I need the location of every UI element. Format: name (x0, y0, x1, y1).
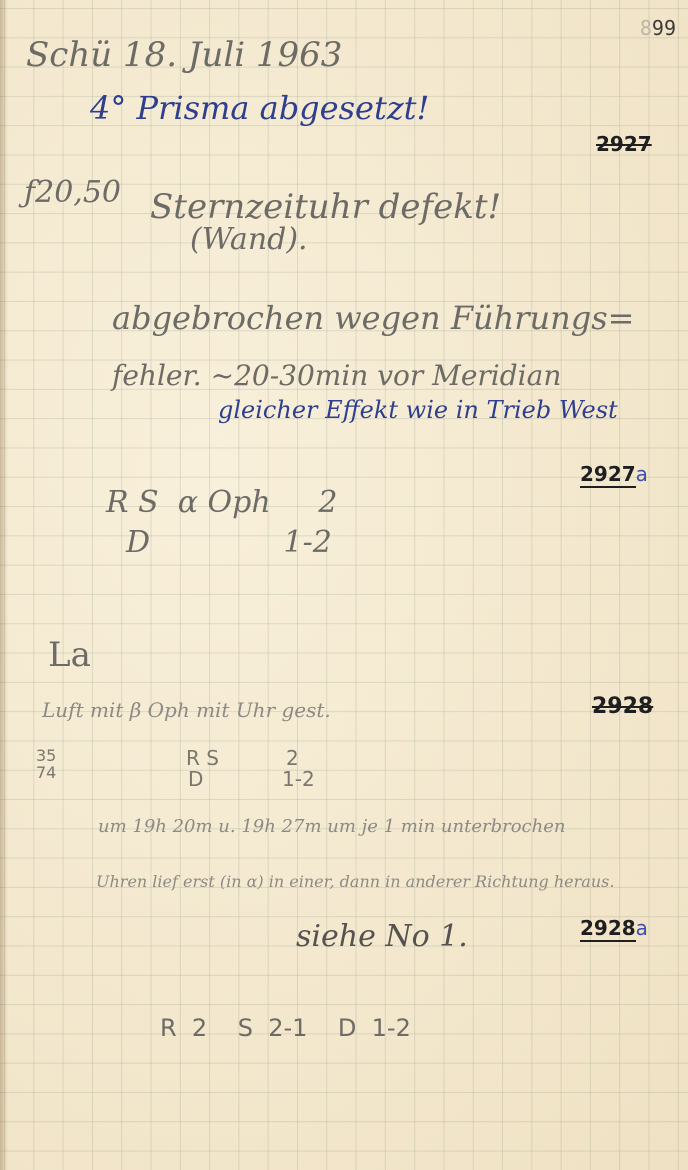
rs-label: R S (186, 748, 219, 769)
ink-note: gleicher Effekt wie in Trieb West (218, 398, 618, 422)
observation-number-2928-struck: 2928 (592, 696, 653, 718)
see-note: siehe No 1. (296, 922, 468, 952)
entry-date-heading: Schü 18. Juli 1963 (26, 38, 342, 72)
entry-line-4: fehler. ~20-30min vor Meridian (112, 362, 561, 390)
observation-number-2927a: 2927a (580, 464, 648, 484)
page-number: 99 (652, 16, 676, 40)
observation-number-2928a: 2928a (580, 918, 648, 938)
entry-line-1: Sternzeituhr defekt! (150, 190, 501, 224)
rs-d-values: 2 1-2 (282, 748, 315, 790)
observation-number-struck: 2927 (596, 134, 652, 154)
entry-subheading: 4° Prisma abgesetzt! (90, 92, 429, 124)
entry-line-3: abgebrochen wegen Führungs= (112, 302, 634, 334)
entry-2-line-3: Uhren lief erst (in α) in einer, dann in… (96, 874, 614, 890)
page-number-ghost: 8 (640, 16, 652, 40)
entry-2-line-2: um 19h 20m u. 19h 27m um je 1 min unterb… (98, 818, 565, 836)
result-line-1: R S α Oph 2 (106, 488, 337, 518)
cost-note: ƒ20,50 (24, 178, 121, 208)
result-line-2: D 1-2 (126, 528, 332, 558)
observation-number: 2928 (580, 916, 636, 942)
observation-number: 2927 (580, 462, 636, 488)
side-numbers: 35 74 (36, 748, 56, 782)
final-ratings: R 2 S 2-1 D 1-2 (160, 1016, 411, 1040)
entry-2-line-1: Luft mit β Oph mit Uhr gest. (42, 700, 331, 720)
entry-line-2: (Wand). (190, 225, 308, 255)
d-label: D (186, 769, 219, 790)
entry-2-label: La (48, 638, 91, 672)
observation-suffix: a (636, 462, 648, 486)
side-number: 74 (36, 765, 56, 782)
page-number-stamp: 899 (640, 16, 676, 40)
observation-suffix: a (636, 916, 648, 940)
notebook-page: 899 Schü 18. Juli 1963 4° Prisma abgeset… (0, 0, 688, 1170)
d-value: 1-2 (282, 769, 315, 790)
rs-d-labels: R S D (186, 748, 219, 790)
rs-value: 2 (282, 748, 315, 769)
